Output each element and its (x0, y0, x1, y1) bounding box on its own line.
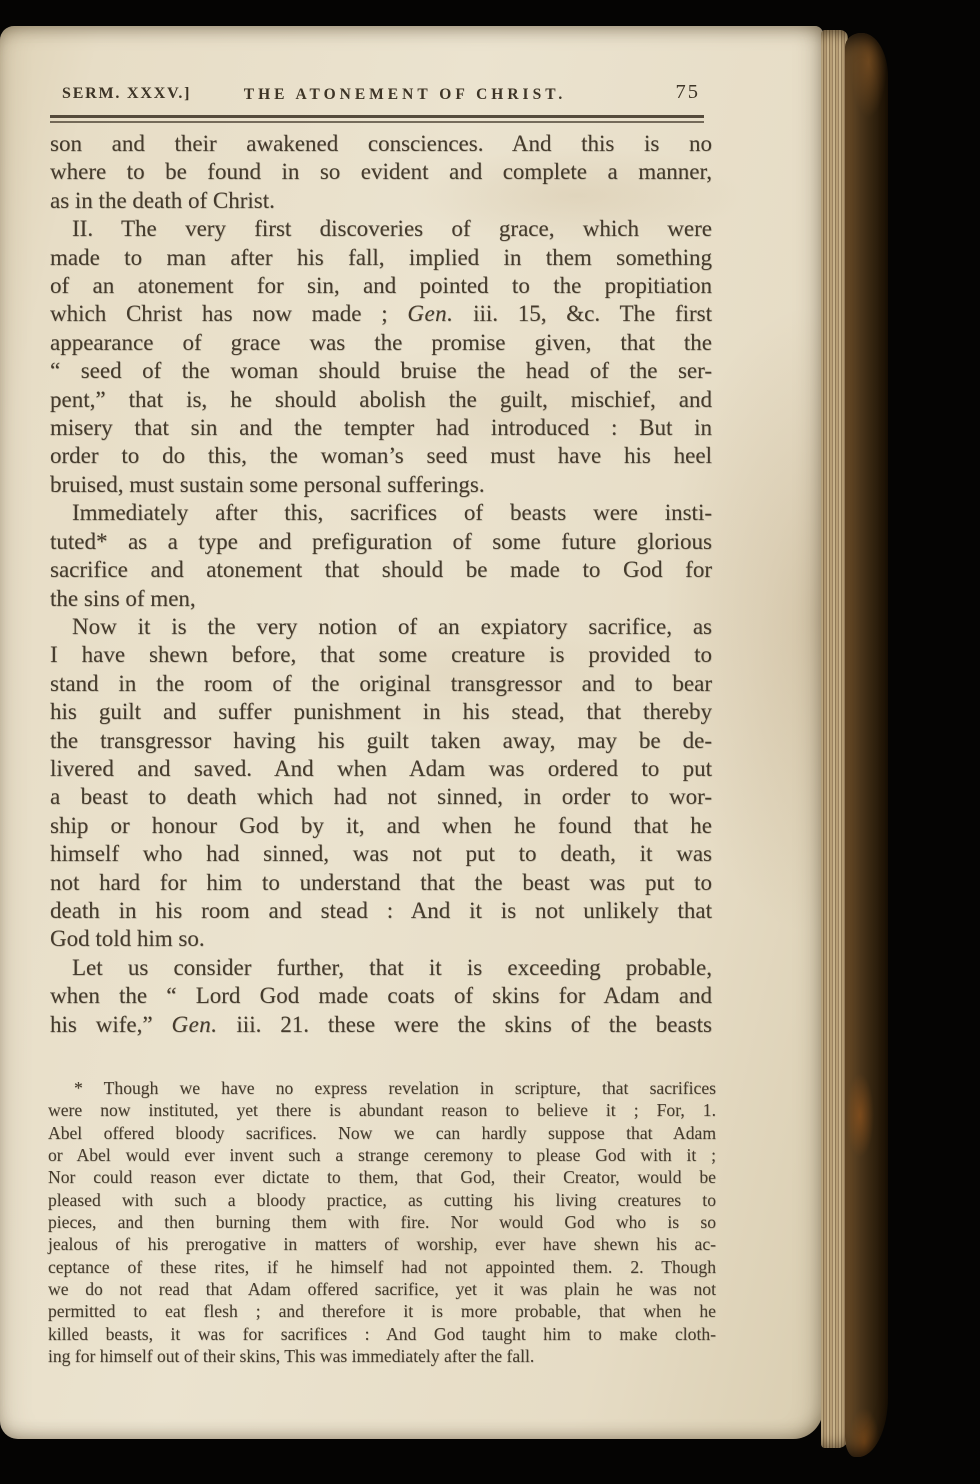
body-text-line: when the “ Lord God made coats of skins … (50, 982, 712, 1010)
body-text-line: the transgressor having his guilt taken … (50, 727, 712, 755)
book-photo: SERM. XXXV.] THE ATONEMENT OF CHRIST. 75… (0, 0, 980, 1484)
body-text-line: himself who had sinned, was not put to d… (50, 840, 712, 868)
body-text-line: order to do this, the woman’s seed must … (50, 442, 712, 470)
body-text-line: made to man after his fall, implied in t… (50, 244, 712, 272)
body-text-line: which Christ has now made ; Gen. iii. 15… (50, 300, 712, 328)
body-text-line: pent,” that is, he should abolish the gu… (50, 386, 712, 414)
footnote-text-line: pleased with such a bloody practice, as … (48, 1189, 716, 1211)
book-cover-edge (845, 33, 888, 1457)
body-text-line: as in the death of Christ. (50, 187, 712, 215)
footnote-text-line: pieces, and then burning them with fire.… (48, 1211, 716, 1233)
body-text-line: sacrifice and atonement that should be m… (50, 556, 712, 584)
body-text-line: tuted* as a type and prefiguration of so… (50, 528, 712, 556)
sermon-body-text: son and their awakened consciences. And … (50, 130, 712, 1039)
body-text-line: of an atonement for sin, and pointed to … (50, 272, 712, 300)
page-number: 75 (676, 81, 701, 104)
body-text-line: God told him so. (50, 925, 712, 953)
page-edge-stack (821, 30, 848, 1448)
header-double-rule (50, 115, 704, 123)
body-text-line: the sins of men, (50, 585, 712, 613)
body-text-line: appearance of grace was the promise give… (50, 329, 712, 357)
body-text-line: livered and saved. And when Adam was ord… (50, 755, 712, 783)
body-text-line: not hard for him to understand that the … (50, 869, 712, 897)
body-text-line: Immediately after this, sacrifices of be… (50, 499, 712, 527)
page-header: SERM. XXXV.] THE ATONEMENT OF CHRIST. 75 (50, 81, 704, 109)
footnote-text-line: were now instituted, yet there is abunda… (48, 1099, 716, 1121)
footnote-text-line: permitted to eat flesh ; and therefore i… (48, 1300, 716, 1322)
footnote-text-line: killed beasts, it was for sacrifices : A… (48, 1323, 716, 1345)
body-text-line: a beast to death which had not sinned, i… (50, 783, 712, 811)
body-text-line: his guilt and suffer punishment in his s… (50, 698, 712, 726)
footnote-text-line: * Though we have no express revelation i… (48, 1077, 716, 1099)
footnote-text-line: we do not read that Adam offered sacrifi… (48, 1278, 716, 1300)
body-text-line: where to be found in so evident and comp… (50, 158, 712, 186)
book-page: SERM. XXXV.] THE ATONEMENT OF CHRIST. 75… (0, 26, 823, 1439)
body-text-line: son and their awakened consciences. And … (50, 130, 712, 158)
body-text-line: misery that sin and the tempter had intr… (50, 414, 712, 442)
footnote-text-line: ceptance of these rites, if he himself h… (48, 1256, 716, 1278)
body-text-line: his wife,” Gen. iii. 21. these were the … (50, 1011, 712, 1039)
body-text-line: ship or honour God by it, and when he fo… (50, 812, 712, 840)
body-text-line: bruised, must sustain some personal suff… (50, 471, 712, 499)
footnote-text-line: Nor could reason ever dictate to them, t… (48, 1166, 716, 1188)
footnote-text-line: Abel offered bloody sacrifices. Now we c… (48, 1122, 716, 1144)
body-text-line: stand in the room of the original transg… (50, 670, 712, 698)
footnote-text-line: ing for himself out of their skins, This… (48, 1345, 716, 1367)
body-text-line: “ seed of the woman should bruise the he… (50, 357, 712, 385)
running-header-title: THE ATONEMENT OF CHRIST. (78, 86, 732, 104)
footnote-text-line: jealous of his prerogative in matters of… (48, 1233, 716, 1255)
body-text-line: II. The very first discoveries of grace,… (50, 215, 712, 243)
footnote-block: * Though we have no express revelation i… (48, 1077, 716, 1367)
body-text-line: Now it is the very notion of an expiator… (50, 613, 712, 641)
body-text-line: death in his room and stead : And it is … (50, 897, 712, 925)
footnote-text-line: or Abel would ever invent such a strange… (48, 1144, 716, 1166)
body-text-line: I have shewn before, that some creature … (50, 641, 712, 669)
body-text-line: Let us consider further, that it is exce… (50, 954, 712, 982)
